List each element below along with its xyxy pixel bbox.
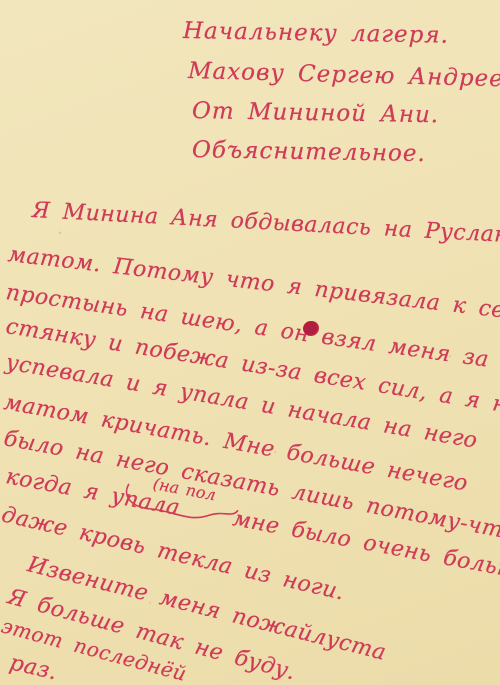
note-header-line: От Мининой Ани. — [192, 98, 440, 128]
scanned-handwritten-note: Начальнеку лагеря. Махову Сергею Андреев… — [0, 0, 500, 685]
insertion-gap — [179, 515, 232, 525]
note-header-line: Начальнеку лагеря. — [183, 18, 449, 49]
note-header-line: Махову Сергею Андреевичу. — [188, 58, 500, 94]
note-closing-line: раз. — [7, 650, 60, 685]
note-body-line: Я Минина Аня обдывалась на Руслана — [31, 198, 500, 249]
note-header-line: Объяснительное. — [192, 137, 426, 167]
